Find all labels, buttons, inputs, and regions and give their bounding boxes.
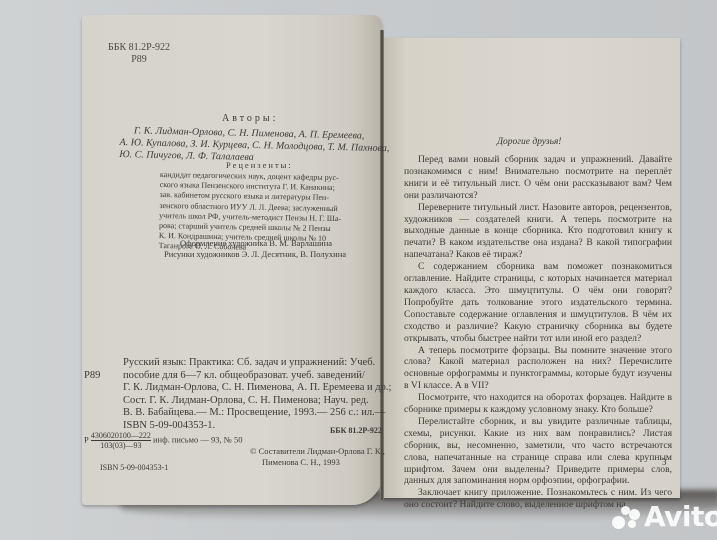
paragraph: Переверните титульный лист. Назовите авт… [404, 202, 672, 262]
catalog-line: Русский язык: Практика: Сб. задач и упра… [105, 357, 391, 370]
catalog-index: Р89 [84, 370, 100, 382]
reviewers-heading: Рецензенты: [226, 159, 293, 171]
avito-brand: Avito [644, 500, 717, 533]
paragraph: С содержанием сборника вам поможет позна… [404, 261, 672, 344]
bbk-code: ББК 81.2Р-922 [108, 42, 170, 54]
catalog-line: пособие для 6—7 кл. общеобразоват. учеб.… [105, 370, 391, 383]
avito-watermark: Avito [612, 500, 717, 533]
copyright-line: Пименова С. Н., 1993 [250, 457, 385, 468]
paragraph: Перед вами новый сборник задач и упражне… [404, 154, 672, 202]
code-denominator: 103(03)—93 [91, 441, 151, 450]
authors-heading: Авторы: [222, 113, 278, 125]
page-number: 3 [662, 456, 667, 468]
catalog-record: Русский язык: Практика: Сб. задач и упра… [105, 357, 391, 432]
design-line: Оформление художника В. М. Варлашина [164, 238, 346, 249]
catalog-line: Сост. Г. К. Лидман-Орлова, С. Н. Пименов… [105, 395, 391, 408]
bbk-code-bottom: ББК 81.2Р-922 [330, 425, 382, 437]
intro-text: Перед вами новый сборник задач и упражне… [404, 154, 672, 511]
copyright-line: © Составители Лидман-Орлова Г. К., [250, 446, 385, 457]
paragraph: А теперь посмотрите фо́рзацы. Вы помните… [404, 345, 672, 393]
avito-dots-icon [612, 505, 642, 529]
code-suffix: инф. письмо — 93, № 50 [153, 434, 242, 444]
paragraph: Посмотрите, что находится на оборотах фо… [404, 392, 672, 416]
publication-code: Р 4306020100—222 103(03)—93 инф. письмо … [84, 431, 242, 450]
code-fraction: 4306020100—222 103(03)—93 [91, 431, 151, 450]
isbn: ISBN 5-09-004353-1 [100, 462, 168, 474]
code-numerator: 4306020100—222 [91, 431, 151, 441]
index-code: Р89 [108, 54, 170, 66]
copyright: © Составители Лидман-Орлова Г. К., Пимен… [250, 446, 385, 468]
paragraph: Перелистайте сборник, и вы увидите разли… [404, 416, 672, 487]
design-line: Рисунки художников Э. Л. Десятник, В. По… [164, 249, 346, 260]
page-title: Дорогие друзья! [497, 136, 561, 148]
catalog-line: Г. К. Лидман-Орлова, С. Н. Пименова, А. … [105, 382, 391, 395]
code-prefix: Р [84, 434, 89, 444]
design-credits: Оформление художника В. М. Варлашина Рис… [164, 238, 346, 260]
catalog-line: В. В. Бабайцева.— М.: Просвещение, 1993.… [105, 407, 391, 420]
bbk-code-block: ББК 81.2Р-922 Р89 [108, 42, 170, 66]
